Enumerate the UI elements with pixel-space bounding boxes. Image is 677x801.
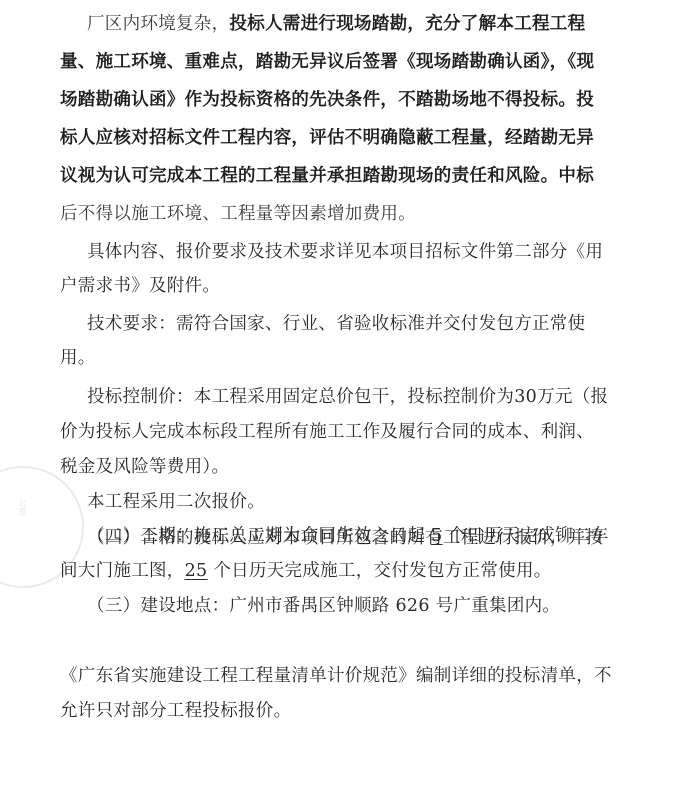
para-site-survey-line-5: 议视为认可完成本工程的工程量并承担踏勘现场的责任和风险。中标: [60, 165, 594, 187]
para-control-price-line-2: 价为投标人完成本标段工程所有施工工作及履行合同的成本、利润、: [60, 421, 594, 443]
para-location: （三）建设地点：广州市番禺区钟顺路 626 号广重集团内。: [87, 595, 560, 617]
para-details-line-1: 具体内容、报价要求及技术要求详见本项目招标文件第二部分《用: [87, 241, 603, 263]
para-two-round-pricing: 本工程采用二次报价。: [87, 491, 265, 513]
para-site-survey-line-1: 厂区内环境复杂，投标人需进行现场踏勘，充分了解本工程工程: [87, 13, 585, 35]
para-site-survey-line-3: 场踏勘确认函》作为投标资格的先决条件，不踏勘场地不得投标。投: [60, 89, 594, 111]
seal-text: 公章: [14, 498, 28, 516]
para-pricing-rule-line-2: 《广东省实施建设工程工程量清单计价规范》编制详细的投标清单，不: [60, 665, 612, 687]
schedule-days-construction: 25: [185, 561, 208, 581]
para-schedule-line-2: 间大门施工图，25 个日历天完成施工，交付发包方正常使用。: [60, 560, 552, 582]
para-tech-req-line-2: 用。: [60, 347, 96, 369]
para-control-price-line-1: 投标控制价：本工程采用固定总价包干，投标控制价为30万元（报: [87, 386, 608, 408]
para-site-survey-line-4: 标人应核对招标文件工程内容，评估不明确隐蔽工程量，经踏勘无异: [60, 127, 594, 149]
para-control-price-line-3: 税金及风险等费用）。: [60, 456, 229, 478]
para-details-line-2: 户需求书》及附件。: [60, 275, 220, 297]
para-site-survey-line-2: 量、施工环境、重难点，踏勘无异议后签署《现场踏勘确认函》，《现: [60, 51, 594, 73]
para-pricing-rule-line-3: 允许只对部分工程投标报价。: [60, 700, 291, 722]
para-site-survey-line-6: 后不得以施工环境、工程量等因素增加费用。: [60, 203, 416, 225]
para-pricing-rule-line-1: （四）合格的投标人应对本项目所包含的所有工程进行报价，并按: [87, 527, 603, 549]
para-tech-req-line-1: 技术要求：需符合国家、行业、省验收标准并交付发包方正常使: [87, 313, 585, 335]
document-page: 公章 厂区内环境复杂，投标人需进行现场踏勘，充分了解本工程工程 量、施工环境、重…: [0, 0, 677, 801]
